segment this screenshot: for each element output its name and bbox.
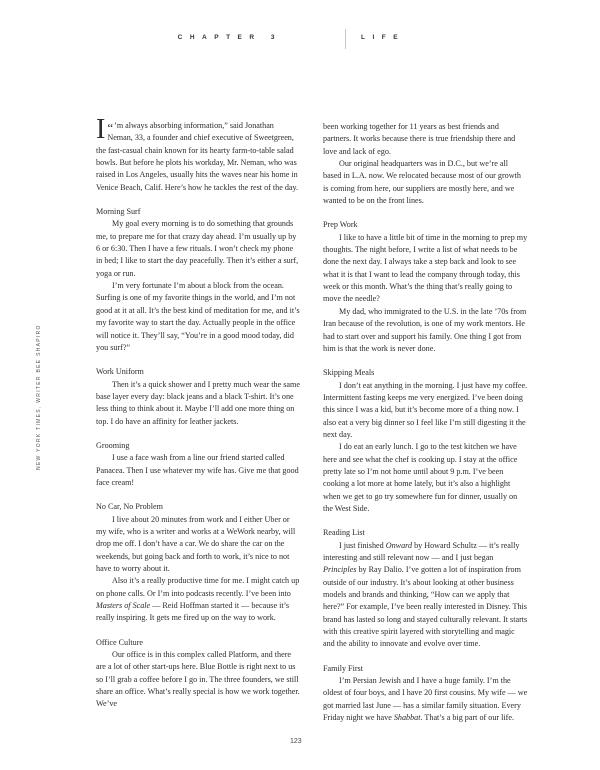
paragraph: been working together for 11 years as be… [323,121,528,158]
open-quote: “ [107,120,113,135]
section-heading: Skipping Meals [323,367,528,379]
paragraph: My goal every morning is to do something… [96,218,301,280]
section-heading: Grooming [96,440,301,452]
paragraph: I use a face wash from a line our friend… [96,452,301,489]
page-number: 123 [290,738,302,745]
intro-text: ’m always absorbing information,” said J… [96,121,298,192]
intro-paragraph: “I’m always absorbing information,” said… [96,118,301,194]
paragraph: I’m very fortunate I’m about a block fro… [96,280,301,354]
section-heading: Prep Work [323,219,528,231]
italic-term: Shabbat [394,713,421,722]
running-header: CHAPTER 3 LIFE [0,32,600,52]
paragraph: I do eat an early lunch. I go to the tes… [323,441,528,515]
paragraph: I’m Persian Jewish and I have a huge fam… [323,675,528,724]
section-heading: Office Culture [96,637,301,649]
text-run: . That’s a big part of our life. [421,713,515,722]
header-divider [345,29,346,49]
paragraph: Then it’s a quick shower and I pretty mu… [96,379,301,428]
paragraph: Our original headquarters was in D.C., b… [323,158,528,207]
section-label: LIFE [361,34,405,41]
text-run: Also it’s a really productive time for m… [96,576,299,597]
podcast-title: Masters of Scale [96,601,150,610]
book-title: Principles [323,565,356,574]
section-heading: No Car, No Problem [96,501,301,513]
left-column: “I’m always absorbing information,” said… [96,118,301,711]
paragraph: My dad, who immigrated to the U.S. in th… [323,306,528,355]
right-column: been working together for 11 years as be… [323,121,528,724]
section-heading: Morning Surf [96,206,301,218]
paragraph: I like to have a little bit of time in t… [323,232,528,306]
section-heading: Family First [323,663,528,675]
book-title: Onward [386,541,412,550]
paragraph: I just finished Onward by Howard Schultz… [323,540,528,651]
drop-cap: I [96,119,105,141]
section-heading: Reading List [323,527,528,539]
text-run: by Ray Dalio. I’ve gotten a lot of inspi… [323,565,527,648]
text-run: I just finished [339,541,386,550]
section-heading: Work Uniform [96,366,301,378]
paragraph: Also it’s a really productive time for m… [96,575,301,624]
paragraph: Our office is in this complex called Pla… [96,649,301,711]
chapter-label: CHAPTER 3 [178,34,282,41]
side-credit: NEW YORK TIMES, WRITER BEE SHAPIRO [36,324,42,470]
paragraph: I don’t eat anything in the morning. I j… [323,380,528,442]
paragraph: I live about 20 minutes from work and I … [96,514,301,576]
